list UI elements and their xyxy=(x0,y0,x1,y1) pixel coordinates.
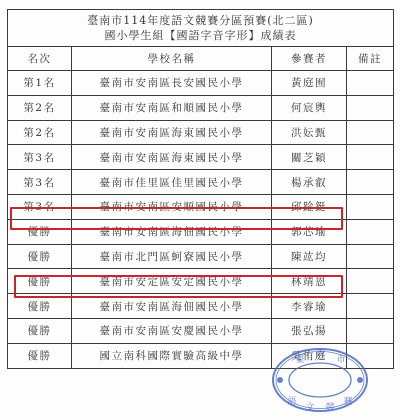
table-row-highlighted: 優勝 臺南市安南區海佃國民小學 郭芯瑜 xyxy=(8,219,394,244)
participant-cell: 陳竑均 xyxy=(272,244,347,269)
school-cell: 臺南市安南區安順國民小學 xyxy=(72,194,272,219)
rank-cell: 優勝 xyxy=(8,294,72,319)
table-row: 優勝 臺南市安南區安慶國民小學 張弘揚 xyxy=(8,318,394,343)
participant-cell: 洪妘甄 xyxy=(272,120,347,145)
title-line-2: 國小學生組【國語字音字形】成績表 xyxy=(8,28,393,43)
document-page: 臺南市114年度語文競賽分區預賽(北二區) 國小學生組【國語字音字形】成績表 名… xyxy=(0,0,400,420)
table-row-highlighted: 優勝 臺南市安南區海佃國民小學 李睿瑜 xyxy=(8,294,394,319)
note-cell xyxy=(347,95,394,120)
table-row: 第2名 臺南市安南區和順國民小學 何宸輿 xyxy=(8,95,394,120)
table-row: 第3名 臺南市佳里區佳里國民小學 楊承叡 xyxy=(8,170,394,195)
table-row: 第2名 臺南市安南區海東國民小學 洪妘甄 xyxy=(8,120,394,145)
stamp-char: 市 xyxy=(336,353,345,365)
rank-cell: 第3名 xyxy=(8,145,72,170)
results-table: 臺南市114年度語文競賽分區預賽(北二區) 國小學生組【國語字音字形】成績表 名… xyxy=(7,9,394,369)
school-cell: 臺南市安南區長安國民小學 xyxy=(72,71,272,96)
note-cell xyxy=(347,294,394,319)
participant-cell: 邱𨀣鋌 xyxy=(272,194,347,219)
column-header-note: 備註 xyxy=(347,47,394,71)
column-header-school: 學校名稱 xyxy=(72,47,272,71)
rank-cell: 優勝 xyxy=(8,269,72,294)
rank-cell: 優勝 xyxy=(8,244,72,269)
participant-cell: 林靖恩 xyxy=(272,269,347,294)
rank-cell: 第1名 xyxy=(8,71,72,96)
note-cell xyxy=(347,194,394,219)
note-cell xyxy=(347,120,394,145)
stamp-char: 南 xyxy=(315,348,324,360)
school-cell: 臺南市安南區海東國民小學 xyxy=(72,120,272,145)
rank-cell: 第2名 xyxy=(8,95,72,120)
school-cell: 臺南市安南區和順國民小學 xyxy=(72,95,272,120)
title-row: 臺南市114年度語文競賽分區預賽(北二區) 國小學生組【國語字音字形】成績表 xyxy=(8,10,394,47)
participant-cell: 黃庭囿 xyxy=(272,71,347,96)
stamp-char: 臺 xyxy=(295,353,304,365)
rank-cell: 優勝 xyxy=(8,343,72,368)
school-cell: 臺南市安南區安慶國民小學 xyxy=(72,318,272,343)
school-cell: 臺南市佳里區佳里國民小學 xyxy=(72,170,272,195)
rank-cell: 優勝 xyxy=(8,219,72,244)
school-cell: 臺南市安南區海東國民小學 xyxy=(72,145,272,170)
stamp-char: 競 xyxy=(325,401,334,413)
note-cell xyxy=(347,244,394,269)
rank-cell: 優勝 xyxy=(8,318,72,343)
note-cell xyxy=(347,145,394,170)
stamp-char: 文 xyxy=(305,401,314,413)
note-cell xyxy=(347,269,394,294)
stamp-char: 賽 xyxy=(343,395,353,407)
participant-cell: 關芝穎 xyxy=(272,145,347,170)
stamp-char: 語 xyxy=(287,396,296,407)
participant-cell: 楊承叡 xyxy=(272,170,347,195)
participant-cell: 張弘揚 xyxy=(272,318,347,343)
table-row: 優勝 臺南市北門區蚵寮國民小學 陳竑均 xyxy=(8,244,394,269)
table-row: 優勝 臺南市安定區安定國民小學 林靖恩 xyxy=(8,269,394,294)
participant-cell: 李睿瑜 xyxy=(272,294,347,319)
header-row: 名次 學校名稱 參賽者 備註 xyxy=(8,47,394,71)
participant-cell: 何宸輿 xyxy=(272,95,347,120)
table-row: 第1名 臺南市安南區長安國民小學 黃庭囿 xyxy=(8,71,394,96)
official-seal-stamp: 臺 南 市 語 文 競 賽 xyxy=(270,346,370,414)
school-cell: 臺南市安定區安定國民小學 xyxy=(72,269,272,294)
table-row: 第3名 臺南市安南區安順國民小學 邱𨀣鋌 xyxy=(8,194,394,219)
rank-cell: 第3名 xyxy=(8,194,72,219)
table-title: 臺南市114年度語文競賽分區預賽(北二區) 國小學生組【國語字音字形】成績表 xyxy=(8,10,394,47)
school-cell: 臺南市北門區蚵寮國民小學 xyxy=(72,244,272,269)
note-cell xyxy=(347,219,394,244)
column-header-rank: 名次 xyxy=(8,47,72,71)
column-header-participant: 參賽者 xyxy=(272,47,347,71)
table-row: 第3名 臺南市安南區海東國民小學 關芝穎 xyxy=(8,145,394,170)
school-cell: 臺南市安南區海佃國民小學 xyxy=(72,219,272,244)
rank-cell: 第2名 xyxy=(8,120,72,145)
title-line-1: 臺南市114年度語文競賽分區預賽(北二區) xyxy=(8,13,393,28)
school-cell: 臺南市安南區海佃國民小學 xyxy=(72,294,272,319)
school-cell: 國立南科國際實驗高級中學 xyxy=(72,343,272,368)
note-cell xyxy=(347,170,394,195)
note-cell xyxy=(347,71,394,96)
rank-cell: 第3名 xyxy=(8,170,72,195)
participant-cell: 郭芯瑜 xyxy=(272,219,347,244)
note-cell xyxy=(347,318,394,343)
